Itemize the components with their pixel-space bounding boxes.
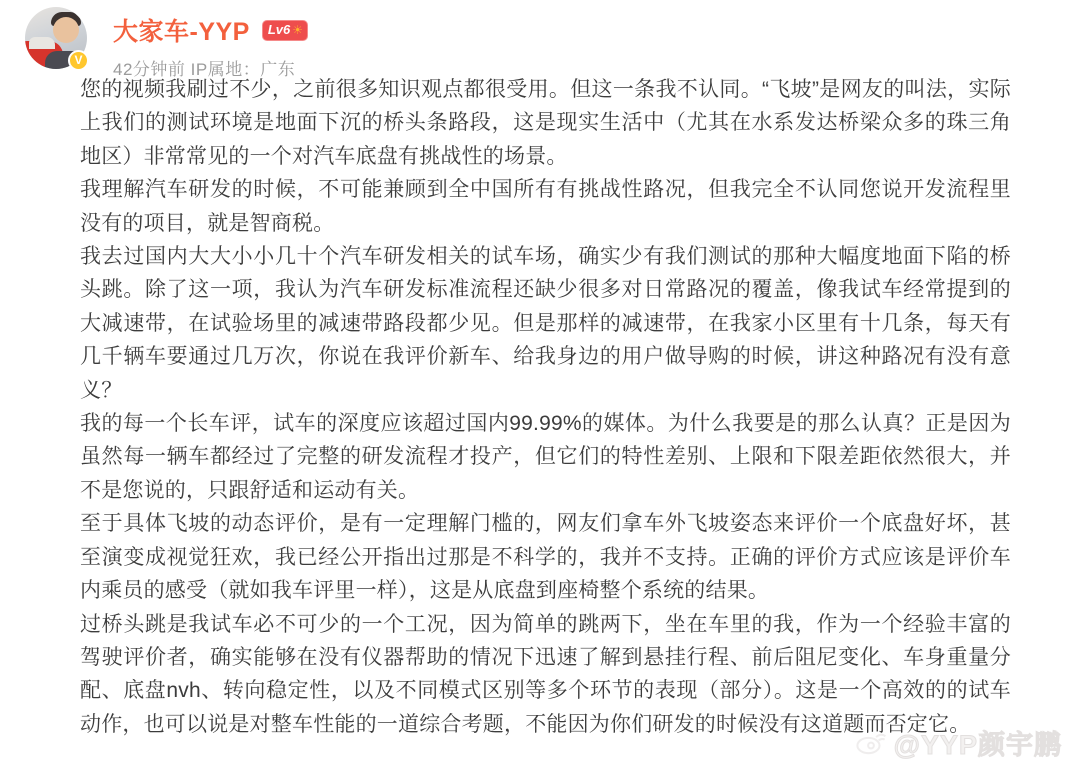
level-badge[interactable]: Lv6 ☀ <box>262 20 308 41</box>
header-text: 大家车-YYP Lv6 ☀ 42分钟前 IP属地：广东 <box>113 7 308 80</box>
paragraph: 我理解汽车研发的时候，不可能兼顾到全中国所有有挑战性路况，但我完全不认同您说开发… <box>80 173 1011 240</box>
username-link[interactable]: 大家车-YYP <box>113 12 250 48</box>
paragraph: 过桥头跳是我试车必不可少的一个工况，因为简单的跳两下，坐在车里的我，作为一个经验… <box>80 608 1011 742</box>
paragraph: 至于具体飞坡的动态评价，是有一定理解门槛的，网友们拿车外飞坡姿态来评价一个底盘好… <box>80 507 1011 607</box>
weibo-logo-icon <box>854 730 888 756</box>
level-badge-label: Lv6 <box>268 22 290 37</box>
avatar-face-shape <box>53 17 79 43</box>
post-body-text: 您的视频我刷过不少，之前很多知识观点都很受用。但这一条我不认同。“飞坡”是网友的… <box>80 73 1011 741</box>
watermark-text: @YYP颜宇鹏 <box>894 723 1062 762</box>
verified-icon: V <box>68 50 89 71</box>
paragraph: 我的每一个长车评，试车的深度应该超过国内99.99%的媒体。为什么我要是的那么认… <box>80 407 1011 507</box>
post-header: V 大家车-YYP Lv6 ☀ 42分钟前 IP属地：广东 <box>25 7 308 80</box>
paragraph: 我去过国内大大小小几十个汽车研发相关的试车场，确实少有我们测试的那种大幅度地面下… <box>80 240 1011 407</box>
watermark: @YYP颜宇鹏 <box>854 723 1062 762</box>
avatar-car-roof-shape <box>29 37 55 49</box>
sun-icon: ☀ <box>292 24 303 36</box>
avatar[interactable]: V <box>25 7 87 69</box>
paragraph: 您的视频我刷过不少，之前很多知识观点都很受用。但这一条我不认同。“飞坡”是网友的… <box>80 73 1011 173</box>
